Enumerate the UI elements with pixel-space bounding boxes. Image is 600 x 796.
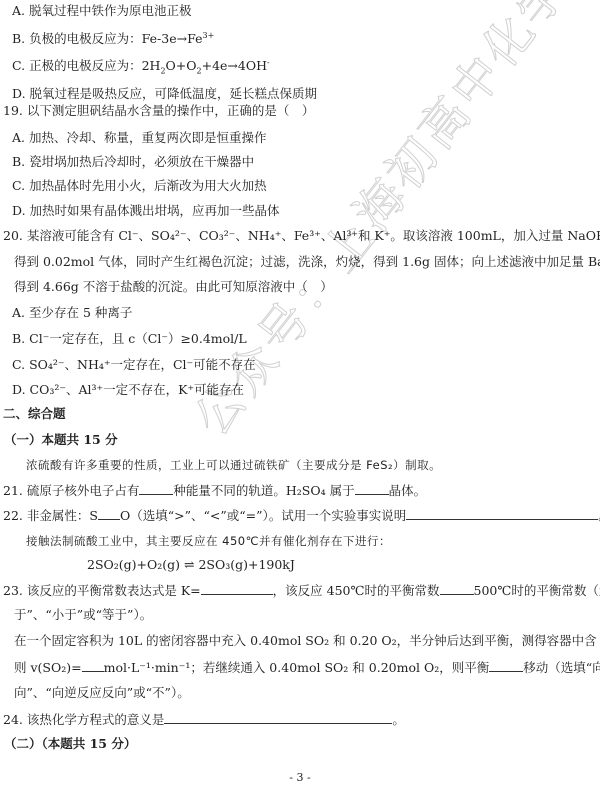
q18-option-c: C. 正极的电极反应为：2H2O+O2+4e→4OH- [12,58,270,74]
q21: 21. 硫原子核外电子占有种能量不同的轨道。H₂SO₄ 属于晶体。 [3,482,426,499]
q20-option-c: C. SO₄²⁻、NH₄⁺一定存在，Cl⁻可能不存在 [12,357,256,373]
option-label: A. [12,3,25,18]
q24: 24. 该热化学方程式的意义是。 [3,711,405,728]
option-text: Cl⁻一定存在，且 c（Cl⁻）≥0.4mol/L [29,331,247,346]
option-text: 正极的电极反应为：2H [29,58,160,73]
option-label: D. [12,86,26,101]
page-number: - 3 - [0,770,600,786]
answer-blank[interactable] [164,711,392,724]
option-label: C. [12,357,25,372]
question-number: 22. [3,508,23,523]
q23-line1: 23. 该反应的平衡常数表达式是 K=，该反应 450℃时的平衡常数500℃时的… [3,582,600,599]
option-label: D. [12,382,26,397]
option-text: 至少存在 5 种离子 [29,305,132,320]
answer-blank[interactable] [489,659,523,672]
option-label: C. [12,58,25,73]
option-text: 脱氧过程中铁作为原电池正极 [29,3,192,18]
question-text: 种能量不同的轨道。H₂SO₄ 属于 [173,483,354,498]
q23-line5: 向”、“向逆反应反向”或“不”）。 [14,685,190,701]
question-number: 19. [3,103,23,118]
answer-blank[interactable] [406,507,598,520]
question-number: 23. [3,583,23,598]
part1-title: （一）本题共 15 分 [4,432,118,448]
option-label: A. [12,130,25,145]
context-text: 接触法制硫酸工业中，其主要反应在 450℃并有催化剂存在下进行： [26,533,391,549]
question-number: 24. [3,712,23,727]
option-label: C. [12,178,25,193]
chemical-equation: 2SO₂(g)+O₂(g) ⇌ 2SO₃(g)+190kJ [87,557,295,573]
answer-blank[interactable] [201,582,273,595]
superscript: - [267,58,270,67]
question-text: 硫原子核外电子占有 [27,483,140,498]
question-text: 移动（选填“向正反应方 [523,660,600,675]
intro-text: 浓硫酸有许多重要的性质，工业上可以通过硫铁矿（主要成分是 FeS₂）制取。 [26,457,441,473]
option-text: O+O [166,58,197,73]
question-text: 则 v(SO₂)= [14,660,82,675]
section-title: 二、综合题 [3,406,66,422]
option-text: 负极的电极反应为：Fe-3e→Fe [29,31,202,46]
answer-blank[interactable] [440,582,474,595]
question-text: mol·L⁻¹·min⁻¹；若继续通入 0.40mol SO₂ 和 0.20mo… [104,660,490,675]
q19-stem: 19. 以下测定胆矾结晶水含量的操作中，正确的是（ ） [3,103,314,119]
question-number: 21. [3,483,23,498]
question-text: 某溶液可能含有 Cl⁻、SO₄²⁻、CO₃²⁻、NH₄⁺、Fe³⁺、Al³⁺和 … [27,228,600,243]
q20-option-d: D. CO₃²⁻、Al³⁺一定不存在，K⁺可能存在 [12,382,244,398]
q20-stem-line3: 得到 4.66g 不溶于盐酸的沉淀。由此可知原溶液中（ ） [14,279,333,295]
q19-option-c: C. 加热晶体时先用小火，后渐改为用大火加热 [12,178,267,194]
q22: 22. 非金属性：SO（选填“>”、“<”或“=”）。试用一个实验事实说明。 [3,507,600,524]
option-text: 加热、冷却、称量，重复两次即是恒重操作 [29,130,267,145]
answer-blank[interactable] [139,482,173,495]
q20-option-b: B. Cl⁻一定存在，且 c（Cl⁻）≥0.4mol/L [12,331,247,347]
superscript: 3+ [202,31,214,40]
option-text: SO₄²⁻、NH₄⁺一定存在，Cl⁻可能不存在 [29,357,256,372]
question-text: 以下测定胆矾结晶水含量的操作中，正确的是（ ） [27,103,315,118]
question-text: 非金属性：S [27,508,98,523]
question-text: 。 [392,712,405,727]
answer-blank[interactable] [355,482,389,495]
option-label: D. [12,203,26,218]
q19-option-b: B. 瓷坩埚加热后冷却时，必须放在干燥器中 [12,154,254,170]
q23-line3: 在一个固定容积为 10L 的密闭容器中充入 0.40mol SO₂ 和 0.20… [14,633,600,649]
option-label: B. [12,331,25,346]
q20-stem-line2: 得到 0.02mol 气体，同时产生红褐色沉淀；过滤，洗涤，灼烧，得到 1.6g… [14,254,600,270]
q19-option-a: A. 加热、冷却、称量，重复两次即是恒重操作 [12,130,267,146]
option-text: 加热时如果有晶体溅出坩埚，应再加一些晶体 [30,203,280,218]
answer-blank[interactable] [98,507,120,520]
option-text: CO₃²⁻、Al³⁺一定不存在，K⁺可能存在 [30,382,245,397]
q18-option-a: A. 脱氧过程中铁作为原电池正极 [12,3,192,19]
q19-option-d: D. 加热时如果有晶体溅出坩埚，应再加一些晶体 [12,203,280,219]
question-text: ，该反应 450℃时的平衡常数 [273,583,440,598]
question-text: 该热化学方程式的意义是 [27,712,165,727]
question-text: 晶体。 [389,483,427,498]
option-label: B. [12,154,25,169]
question-number: 20. [3,228,23,243]
q23-line4: 则 v(SO₂)=mol·L⁻¹·min⁻¹；若继续通入 0.40mol SO₂… [14,659,600,676]
option-text: +4e→4OH [202,58,267,73]
option-label: B. [12,31,25,46]
q23-line2: 于”、“小于”或“等于”）。 [14,607,152,623]
q18-option-b: B. 负极的电极反应为：Fe-3e→Fe3+ [12,31,214,47]
q18-option-d: D. 脱氧过程是吸热反应，可降低温度，延长糕点保质期 [12,86,317,102]
option-text: 瓷坩埚加热后冷却时，必须放在干燥器中 [29,154,254,169]
question-text: 500℃时的平衡常数（选填“大 [474,583,600,598]
option-label: A. [12,305,25,320]
part2-title: （二）（本题共 15 分） [4,736,136,752]
q20-option-a: A. 至少存在 5 种离子 [12,305,132,321]
question-text: O（选填“>”、“<”或“=”）。试用一个实验事实说明 [120,508,406,523]
option-text: 脱氧过程是吸热反应，可降低温度，延长糕点保质期 [30,86,318,101]
answer-blank[interactable] [82,659,104,672]
question-text: 该反应的平衡常数表达式是 K= [27,583,201,598]
q20-stem-line1: 20. 某溶液可能含有 Cl⁻、SO₄²⁻、CO₃²⁻、NH₄⁺、Fe³⁺、Al… [3,228,600,244]
option-text: 加热晶体时先用小火，后渐改为用大火加热 [29,178,267,193]
